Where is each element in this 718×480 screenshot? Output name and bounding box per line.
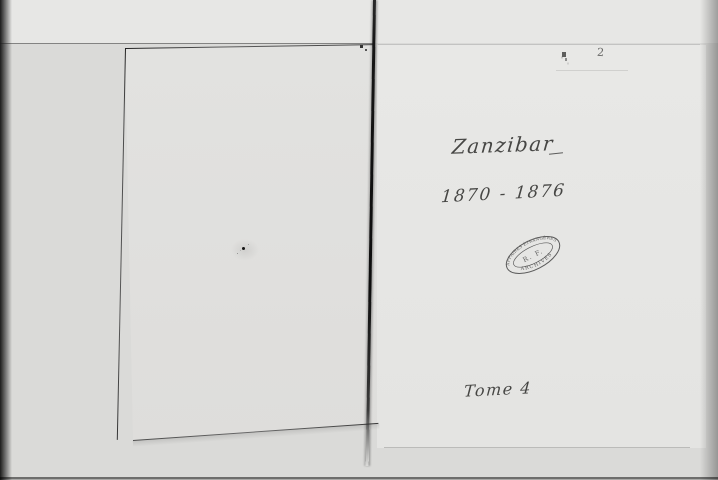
top-page-edge-band: [0, 0, 718, 43]
gutter-speck: [365, 49, 367, 51]
pencil-mark: [562, 52, 566, 57]
photo-right-edge-shadow: [700, 0, 718, 480]
gutter-speck: [360, 45, 363, 48]
ink-smudge: [242, 247, 245, 250]
right-page-crease: [556, 70, 628, 71]
left-page-left-edge: [117, 48, 127, 440]
document-scan: Zanzibar 1870 - 1876 Tome 4 2 AFFAIRES É…: [0, 0, 718, 480]
top-band-edge-line: [0, 43, 375, 44]
page-title-handwriting: Zanzibar: [451, 131, 555, 159]
photo-left-edge-shadow: [0, 0, 12, 480]
ink-smudge-halo: [231, 239, 259, 261]
tome-handwriting: Tome 4: [463, 378, 532, 401]
right-page-bottom-edge: [384, 447, 690, 448]
corner-page-number: 2: [596, 46, 604, 60]
